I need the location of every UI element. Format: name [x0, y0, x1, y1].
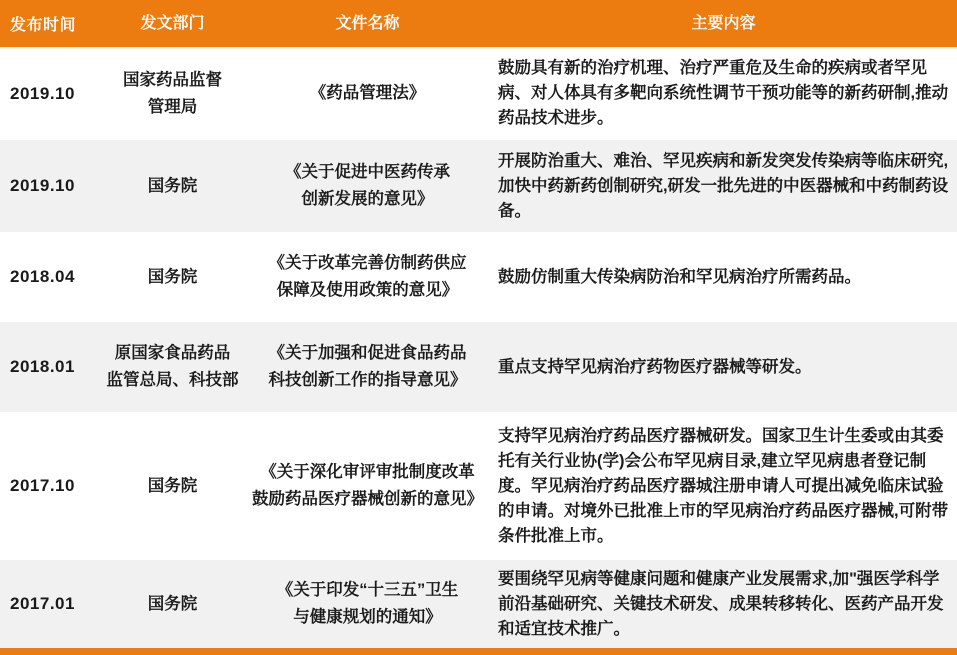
main-content-cell: 鼓励仿制重大传染病防治和罕见病治疗所需药品。 — [490, 261, 957, 294]
publish-date-cell: 2018.04 — [0, 267, 100, 287]
department-cell: 国务院 — [100, 591, 245, 618]
policy-table: 发布时间 发文部门 文件名称 主要内容 2019.10 国家药品监督 管理局 《… — [0, 0, 957, 655]
publish-date-cell: 2017.01 — [0, 594, 100, 614]
table-row: 2019.10 国务院 《关于促进中医药传承 创新发展的意见》 开展防治重大、难… — [0, 140, 957, 232]
table-row: 2018.04 国务院 《关于改革完善仿制药供应 保障及使用政策的意见》 鼓励仿… — [0, 232, 957, 322]
main-content-cell: 开展防治重大、难治、罕见疾病和新发突发传染病等临床研究,加快中药新药创制研究,研… — [490, 145, 957, 228]
header-document-name: 文件名称 — [245, 10, 490, 37]
department-cell: 国务院 — [100, 473, 245, 500]
publish-date-cell: 2019.10 — [0, 176, 100, 196]
header-department: 发文部门 — [100, 10, 245, 37]
table-row: 2018.01 原国家食品药品 监管总局、科技部 《关于加强和促进食品药品 科技… — [0, 322, 957, 412]
document-name-cell: 《关于促进中医药传承 创新发展的意见》 — [245, 159, 490, 213]
department-cell: 国务院 — [100, 264, 245, 291]
table-row: 2019.10 国家药品监督 管理局 《药品管理法》 鼓励具有新的治疗机理、治疗… — [0, 47, 957, 140]
document-name-cell: 《关于加强和促进食品药品 科技创新工作的指导意见》 — [245, 340, 490, 394]
header-main-content: 主要内容 — [490, 11, 957, 36]
document-name-cell: 《关于印发“十三五”卫生 与健康规划的通知》 — [245, 577, 490, 631]
table-row: 2017.10 国务院 《关于深化审评审批制度改革 鼓励药品医疗器械创新的意见》… — [0, 412, 957, 560]
header-publish-date: 发布时间 — [0, 12, 100, 35]
department-cell: 国务院 — [100, 173, 245, 200]
table-header-row: 发布时间 发文部门 文件名称 主要内容 — [0, 0, 957, 47]
main-content-cell: 支持罕见病治疗药品医疗器械研发。国家卫生计生委或由其委托有关行业协(学)会公布罕… — [490, 420, 957, 553]
document-name-cell: 《药品管理法》 — [245, 80, 490, 107]
department-cell: 国家药品监督 管理局 — [100, 67, 245, 121]
document-name-cell: 《关于改革完善仿制药供应 保障及使用政策的意见》 — [245, 250, 490, 304]
department-cell: 原国家食品药品 监管总局、科技部 — [100, 340, 245, 394]
main-content-cell: 鼓励具有新的治疗机理、治疗严重危及生命的疾病或者罕见病、对人体具有多靶向系统性调… — [490, 52, 957, 135]
bottom-accent-bar — [0, 648, 957, 655]
publish-date-cell: 2019.10 — [0, 84, 100, 104]
table-row: 2017.01 国务院 《关于印发“十三五”卫生 与健康规划的通知》 要围绕罕见… — [0, 560, 957, 648]
main-content-cell: 重点支持罕见病治疗药物医疗器械等研发。 — [490, 351, 957, 384]
document-name-cell: 《关于深化审评审批制度改革 鼓励药品医疗器械创新的意见》 — [245, 459, 490, 513]
publish-date-cell: 2017.10 — [0, 476, 100, 496]
publish-date-cell: 2018.01 — [0, 357, 100, 377]
main-content-cell: 要围绕罕见病等健康问题和健康产业发展需求,加"强医学科学前沿基础研究、关键技术研… — [490, 563, 957, 646]
